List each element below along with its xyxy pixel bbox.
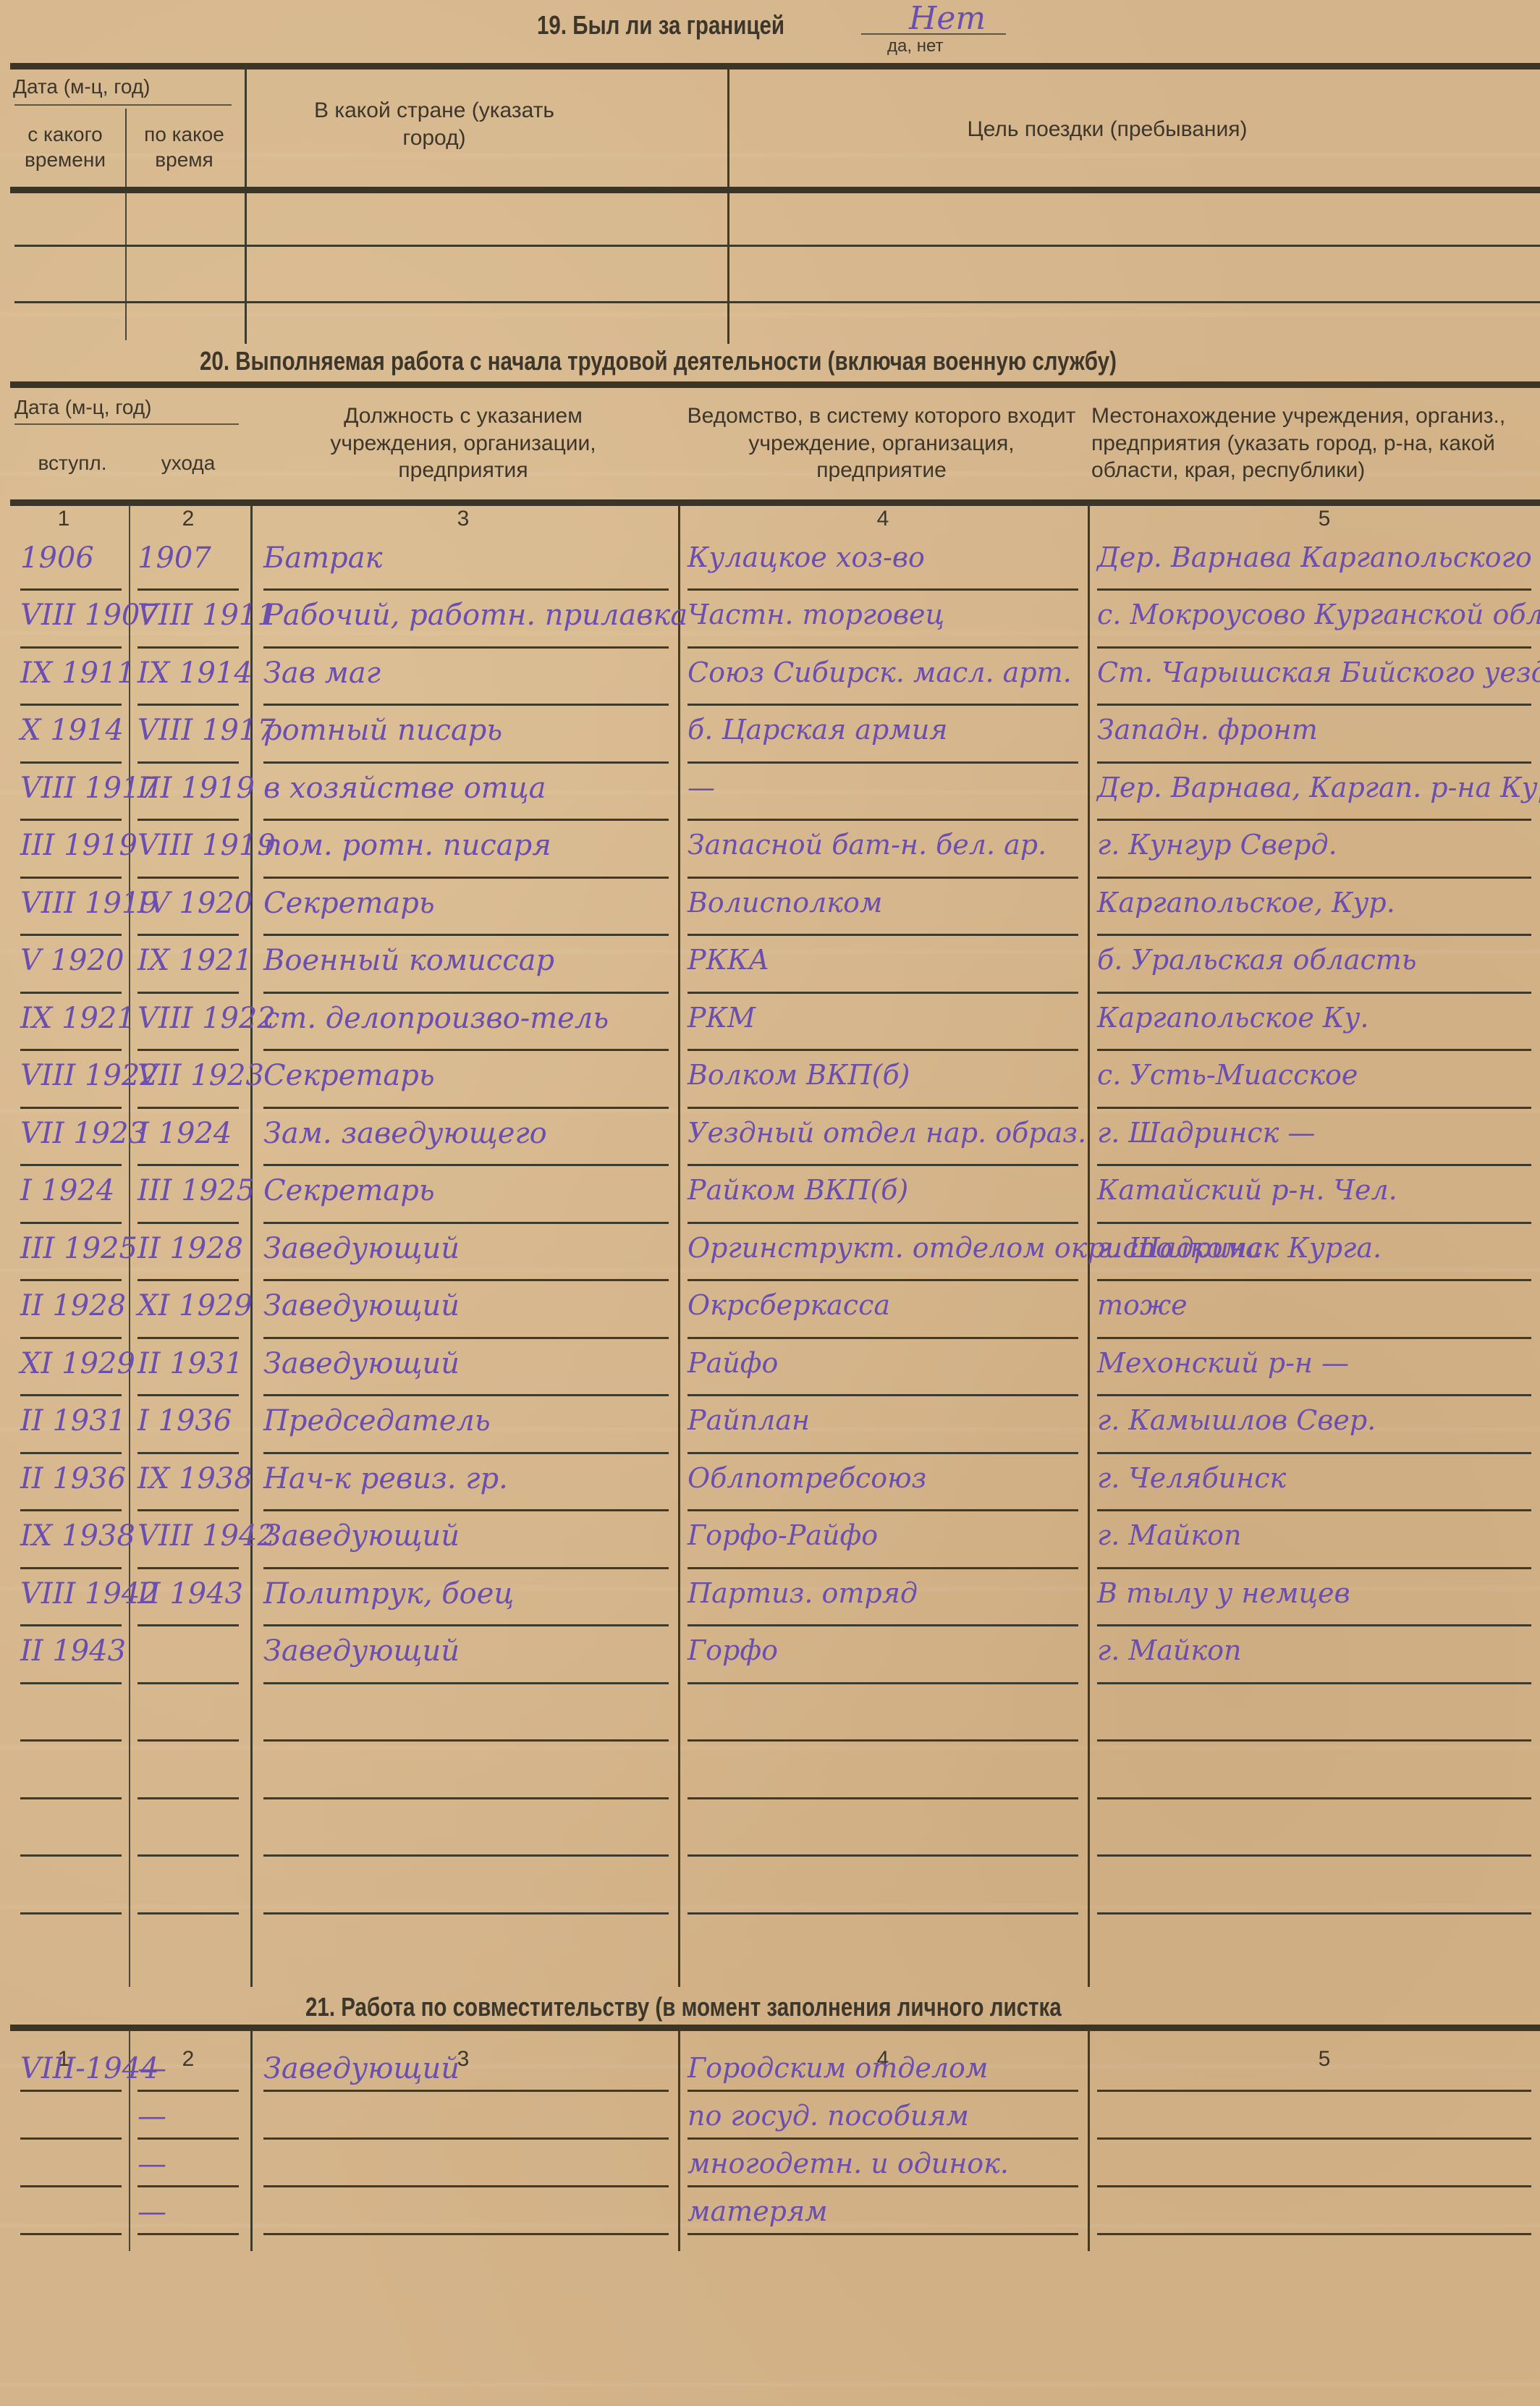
s20-cell-start[interactable]: I 1924 xyxy=(20,1174,114,1207)
s20-cell-department[interactable]: Союз Сибирск. масл. арт. xyxy=(687,657,1072,688)
s20-row-line xyxy=(20,1567,122,1569)
s21-row-line xyxy=(20,2090,122,2092)
s20-cell-end[interactable]: VIII 1942 xyxy=(137,1519,276,1553)
s20-row-line xyxy=(137,646,239,649)
s20-cell-position[interactable]: пом. ротн. писаря xyxy=(263,829,551,862)
s20-cell-start[interactable]: X 1914 xyxy=(20,714,124,747)
s20-cell-department[interactable]: Райфо xyxy=(687,1347,778,1379)
s20-row-line xyxy=(20,1049,122,1051)
s20-cell-location[interactable]: В тылу у немцев xyxy=(1097,1577,1350,1609)
s20-cell-position[interactable]: Политрук, боец xyxy=(263,1577,514,1611)
s20-row-line xyxy=(1097,1797,1531,1799)
s20-cell-start[interactable]: V 1920 xyxy=(20,944,124,977)
s20-row-line xyxy=(687,819,1078,821)
s20-row-line xyxy=(1097,1854,1531,1857)
s20-cell-location[interactable]: г. Шадринск — xyxy=(1097,1117,1315,1149)
s21-cell-end[interactable]: — xyxy=(137,2195,166,2229)
s20-cell-end[interactable]: II 1928 xyxy=(137,1232,243,1265)
s20-row-line xyxy=(687,1049,1078,1051)
s20-cell-end[interactable]: I 1924 xyxy=(137,1117,232,1150)
s20-row-line xyxy=(1097,1049,1531,1051)
s20-cell-position[interactable]: Батрак xyxy=(263,541,383,575)
s21-row-line xyxy=(687,2090,1078,2092)
s21-row-line xyxy=(137,2090,239,2092)
s20-row-line xyxy=(687,1107,1078,1109)
s19-purpose-header: Цель поездки (пребывания) xyxy=(926,116,1288,143)
s20-row-line xyxy=(1097,1739,1531,1742)
s20-row-line xyxy=(20,1682,122,1684)
s20-row-line xyxy=(263,1222,669,1224)
s20-cell-department[interactable]: Райплан xyxy=(687,1404,810,1436)
s20-cell-end[interactable]: IV 1920 xyxy=(137,887,253,920)
s20-cell-location[interactable]: г. Челябинск xyxy=(1097,1462,1286,1494)
s20-row-line xyxy=(687,1509,1078,1511)
s20-row-line xyxy=(137,1509,239,1511)
s21-cell-end[interactable]: — xyxy=(137,2052,166,2085)
s20-row-line xyxy=(687,1222,1078,1224)
s20-row-line xyxy=(1097,1452,1531,1454)
s19-date-group-header: Дата (м-ц, год) xyxy=(13,74,230,99)
s20-row-line xyxy=(20,1279,122,1281)
s20-cell-start[interactable]: VII 1923 xyxy=(20,1117,147,1150)
s20-row-line xyxy=(20,819,122,821)
s20-cell-department[interactable]: РККА xyxy=(687,944,769,976)
s20-cell-location[interactable]: б. Уральская область xyxy=(1097,944,1416,976)
s20-cell-location[interactable]: г. Майкоп xyxy=(1097,1634,1241,1666)
s20-row-line xyxy=(137,992,239,994)
s21-row-line xyxy=(20,2233,122,2235)
s20-date-group-header: Дата (м-ц, год) xyxy=(14,394,232,420)
s21-cell-end[interactable]: — xyxy=(137,2100,166,2133)
s20-row-line xyxy=(137,1279,239,1281)
s20-row-line xyxy=(20,1394,122,1396)
s20-cell-position[interactable]: Нач-к ревиз. гр. xyxy=(263,1462,508,1495)
s20-row-line xyxy=(1097,1337,1531,1339)
s21-row-line xyxy=(687,2185,1078,2187)
s20-cell-start[interactable]: III 1919 xyxy=(20,829,137,862)
s20-row-line xyxy=(263,877,669,879)
s20-row-line xyxy=(20,877,122,879)
s20-cell-position[interactable]: Секретарь xyxy=(263,887,435,920)
s20-header-bottom xyxy=(10,499,1540,506)
s20-row-line xyxy=(687,1279,1078,1281)
s20-cell-start[interactable]: 1906 xyxy=(20,541,94,575)
s20-row-line xyxy=(20,1164,122,1166)
s20-row-line xyxy=(1097,761,1531,764)
s19-date-divider xyxy=(14,104,232,106)
s20-row-line xyxy=(1097,1509,1531,1511)
s20-cell-position[interactable]: ст. делопроизво-тель xyxy=(263,1002,609,1035)
s20-row-line xyxy=(687,1164,1078,1166)
s20-row-line xyxy=(263,1854,669,1857)
s20-row-line xyxy=(263,1682,669,1684)
s21-row-line xyxy=(263,2185,669,2187)
s20-cell-start[interactable]: II 1931 xyxy=(20,1404,126,1438)
s20-cell-location[interactable]: г. Кунгур Сверд. xyxy=(1097,829,1337,861)
s20-row-line xyxy=(263,1509,669,1511)
s20-date-divider xyxy=(14,423,239,425)
s21-col-divider-2 xyxy=(250,2030,253,2251)
s20-cell-department[interactable]: РКМ xyxy=(687,1002,756,1034)
s21-row-line xyxy=(1097,2137,1531,2140)
s20-row-line xyxy=(1097,646,1531,649)
s20-row-line xyxy=(687,646,1078,649)
s20-row-line xyxy=(687,1394,1078,1396)
s20-cell-start[interactable]: II 1928 xyxy=(20,1289,126,1322)
s20-cell-end[interactable]: III 1919 xyxy=(137,772,255,805)
s21-cell-department[interactable]: многодетн. и одинок. xyxy=(687,2148,1009,2179)
s20-cell-department[interactable]: Оргинструкт. отделом окрисполкома xyxy=(687,1232,1122,1264)
s20-row-line xyxy=(263,1797,669,1799)
s21-row-line xyxy=(1097,2090,1531,2092)
s20-cell-position[interactable]: Зам. заведующего xyxy=(263,1117,547,1150)
s20-row-line xyxy=(20,704,122,706)
abroad-answer[interactable]: Нет xyxy=(909,0,986,37)
s19-col-divider-1 xyxy=(125,109,127,340)
s20-row-line xyxy=(263,1739,669,1742)
s20-row-line xyxy=(263,992,669,994)
s20-row-line xyxy=(137,588,239,591)
s20-row-line xyxy=(1097,1279,1531,1281)
s21-row-line xyxy=(687,2137,1078,2140)
s21-cell-department[interactable]: матерям xyxy=(687,2195,828,2227)
s20-cell-location[interactable]: Мехонский р-н — xyxy=(1097,1347,1349,1379)
s20-cell-department[interactable]: Облпотребсоюз xyxy=(687,1462,926,1494)
s20-row-line xyxy=(263,646,669,649)
s20-row-line xyxy=(687,704,1078,706)
s20-row-line xyxy=(20,1739,122,1742)
abroad-answer-hint: да, нет xyxy=(887,36,943,56)
s21-col-divider-4 xyxy=(1088,2030,1090,2251)
s19-row-line-1 xyxy=(14,245,1540,247)
s20-cell-end[interactable]: VIII 1922 xyxy=(137,1002,276,1035)
s20-row-line xyxy=(137,1107,239,1109)
s20-row-line xyxy=(20,1912,122,1915)
s20-row-line xyxy=(1097,1222,1531,1224)
s20-column-number-1: 1 xyxy=(49,507,78,531)
s20-cell-end[interactable]: VIII 1919 xyxy=(137,829,276,862)
s21-row-line xyxy=(263,2090,669,2092)
s20-cell-position[interactable]: Председатель xyxy=(263,1404,491,1438)
s20-row-line xyxy=(687,588,1078,591)
s20-row-line xyxy=(263,1337,669,1339)
s21-cell-department[interactable]: по госуд. пособиям xyxy=(687,2100,969,2132)
s20-department-header: Ведомство, в систему которого входит учр… xyxy=(686,402,1077,484)
s20-row-line xyxy=(20,1452,122,1454)
s20-row-line xyxy=(137,1854,239,1857)
s20-row-line xyxy=(263,704,669,706)
s20-row-line xyxy=(687,1337,1078,1339)
s20-cell-location[interactable]: с. Мокроусово Курганской обл. xyxy=(1097,599,1540,630)
s20-cell-end[interactable]: III 1925 xyxy=(137,1174,255,1207)
s19-header-bottom xyxy=(10,187,1540,193)
s20-cell-end[interactable]: IX 1914 xyxy=(137,657,253,690)
s20-row-line xyxy=(137,1739,239,1742)
s20-row-line xyxy=(1097,934,1531,936)
s20-row-line xyxy=(687,761,1078,764)
s20-row-line xyxy=(263,1567,669,1569)
section-20-table-top xyxy=(10,381,1540,388)
s20-row-line xyxy=(687,877,1078,879)
s20-row-line xyxy=(1097,819,1531,821)
s20-cell-department[interactable]: Кулацкое хоз-во xyxy=(687,541,925,573)
s21-row-line xyxy=(20,2185,122,2187)
s20-start-header: вступл. xyxy=(14,450,130,476)
s20-cell-position[interactable]: Заведующий xyxy=(263,1519,460,1553)
s19-row-line-2 xyxy=(14,301,1540,303)
s20-cell-end[interactable]: VIII 1917 xyxy=(137,714,276,747)
s19-country-header: В какой стране (указать город) xyxy=(289,97,579,151)
s20-row-line xyxy=(137,877,239,879)
s21-row-line xyxy=(137,2185,239,2187)
s20-row-line xyxy=(20,1107,122,1109)
s20-row-line xyxy=(263,761,669,764)
s20-cell-position[interactable]: Военный комиссар xyxy=(263,944,554,977)
s20-cell-department[interactable]: — xyxy=(687,772,715,803)
s20-cell-position[interactable]: Заведующий xyxy=(263,1289,460,1322)
s20-cell-position[interactable]: ротный писарь xyxy=(263,714,502,747)
s20-cell-start[interactable]: IX 1911 xyxy=(20,657,135,690)
s20-position-header: Должность с указанием учреждения, органи… xyxy=(289,402,637,484)
s20-cell-location[interactable]: Ст. Чарышская Бийского уезда xyxy=(1097,657,1540,688)
s20-cell-start[interactable]: II 1936 xyxy=(20,1462,126,1495)
s20-row-line xyxy=(20,1509,122,1511)
s19-to-header: по какое время xyxy=(124,122,244,172)
s20-column-number-5: 5 xyxy=(1310,507,1339,531)
s20-cell-department[interactable]: б. Царская армия xyxy=(687,714,947,746)
s21-row-line xyxy=(20,2137,122,2140)
s20-row-line xyxy=(137,704,239,706)
s20-row-line xyxy=(263,934,669,936)
s20-cell-start[interactable]: III 1925 xyxy=(20,1232,137,1265)
s20-cell-position[interactable]: Секретарь xyxy=(263,1059,435,1092)
s20-row-line xyxy=(137,1624,239,1626)
s20-row-line xyxy=(263,588,669,591)
s20-cell-end[interactable]: IX 1938 xyxy=(137,1462,253,1495)
s20-row-line xyxy=(263,1912,669,1915)
s20-row-line xyxy=(137,1682,239,1684)
s20-row-line xyxy=(263,1279,669,1281)
s21-row-line xyxy=(263,2233,669,2235)
s20-cell-location[interactable]: Дер. Варнава, Каргап. р-на Курганской об… xyxy=(1097,772,1540,803)
s20-cell-start[interactable]: XI 1929 xyxy=(20,1347,135,1380)
s20-row-line xyxy=(263,1452,669,1454)
s20-cell-department[interactable]: Частн. торговец xyxy=(687,599,944,630)
s19-from-header: с какого времени xyxy=(7,122,123,172)
s20-row-line xyxy=(687,1912,1078,1915)
s20-row-line xyxy=(20,1222,122,1224)
section-21-table-top xyxy=(10,2025,1540,2031)
s20-row-line xyxy=(20,1854,122,1857)
s20-cell-position[interactable]: Заведующий xyxy=(263,1347,460,1380)
s20-row-line xyxy=(687,1854,1078,1857)
s20-row-line xyxy=(687,1797,1078,1799)
s21-row-line xyxy=(1097,2233,1531,2235)
s20-cell-department[interactable]: Партиз. отряд xyxy=(687,1577,918,1609)
s20-row-line xyxy=(137,1337,239,1339)
s20-column-number-2: 2 xyxy=(174,507,203,531)
s20-row-line xyxy=(263,1624,669,1626)
s20-cell-position[interactable]: Заведующий xyxy=(263,1634,460,1668)
s20-cell-end[interactable]: 1907 xyxy=(137,541,211,575)
s20-row-line xyxy=(1097,1682,1531,1684)
s20-row-line xyxy=(20,1624,122,1626)
s20-cell-location[interactable]: г. Камышлов Свер. xyxy=(1097,1404,1376,1436)
s20-cell-department[interactable]: Волисполком xyxy=(687,887,882,919)
s20-row-line xyxy=(1097,704,1531,706)
s20-cell-location[interactable]: Западн. фронт xyxy=(1097,714,1318,746)
s20-row-line xyxy=(20,1337,122,1339)
s20-column-number-4: 4 xyxy=(868,507,897,531)
s20-row-line xyxy=(137,1164,239,1166)
s20-cell-department[interactable]: Райком ВКП(б) xyxy=(687,1174,908,1206)
s20-cell-location[interactable]: Каргапольское Ку. xyxy=(1097,1002,1368,1034)
s21-row-line xyxy=(137,2233,239,2235)
s20-row-line xyxy=(1097,1107,1531,1109)
s20-row-line xyxy=(20,761,122,764)
s20-cell-start[interactable]: II 1943 xyxy=(20,1634,126,1668)
s20-col-divider-3 xyxy=(678,505,680,1987)
s20-row-line xyxy=(1097,1912,1531,1915)
s20-cell-location[interactable]: г. Шадринск Курга. xyxy=(1097,1232,1382,1264)
s20-cell-location[interactable]: Катайский р-н. Чел. xyxy=(1097,1174,1397,1206)
s20-cell-location[interactable]: Каргапольское, Кур. xyxy=(1097,887,1395,919)
s20-row-line xyxy=(20,588,122,591)
s20-row-line xyxy=(20,646,122,649)
s20-cell-position[interactable]: Зав маг xyxy=(263,657,381,690)
s20-cell-end[interactable]: II 1943 xyxy=(137,1577,243,1611)
s20-row-line xyxy=(137,761,239,764)
s20-row-line xyxy=(687,1624,1078,1626)
s20-cell-department[interactable]: Уездный отдел нар. образ. xyxy=(687,1117,1086,1149)
s20-cell-end[interactable]: IX 1921 xyxy=(137,944,253,977)
s20-row-line xyxy=(137,1394,239,1396)
s20-cell-department[interactable]: Окрсберкасса xyxy=(687,1289,890,1321)
s21-column-number-2: 2 xyxy=(174,2047,203,2072)
s20-cell-end[interactable]: VII 1923 xyxy=(137,1059,264,1092)
s20-row-line xyxy=(137,1912,239,1915)
s20-location-header: Местонахождение учреждения, организ., пр… xyxy=(1091,402,1540,484)
s20-cell-start[interactable]: IX 1921 xyxy=(20,1002,135,1035)
s20-row-line xyxy=(263,1164,669,1166)
s20-row-line xyxy=(137,1452,239,1454)
s20-row-line xyxy=(137,1049,239,1051)
section-20-title: 20. Выполняемая работа с начала трудовой… xyxy=(200,346,1117,376)
s20-row-line xyxy=(263,1107,669,1109)
s20-row-line xyxy=(20,934,122,936)
s20-cell-end[interactable]: VIII 1911 xyxy=(137,599,276,632)
s20-row-line xyxy=(1097,588,1531,591)
s20-cell-start[interactable]: IX 1938 xyxy=(20,1519,135,1553)
s20-row-line xyxy=(1097,1164,1531,1166)
s21-row-line xyxy=(687,2233,1078,2235)
section-19-title: 19. Был ли за границей xyxy=(537,10,784,41)
s20-cell-department[interactable]: Запасной бат-н. бел. ар. xyxy=(687,829,1046,861)
s20-row-line xyxy=(687,1452,1078,1454)
s20-row-line xyxy=(687,1739,1078,1742)
s20-cell-department[interactable]: Горфо-Райфо xyxy=(687,1519,878,1551)
s20-cell-position[interactable]: Секретарь xyxy=(263,1174,435,1207)
s20-row-line xyxy=(687,1682,1078,1684)
s21-cell-end[interactable]: — xyxy=(137,2148,166,2181)
s20-row-line xyxy=(263,819,669,821)
s20-row-line xyxy=(137,934,239,936)
s20-row-line xyxy=(137,1222,239,1224)
s20-row-line xyxy=(137,819,239,821)
s20-row-line xyxy=(137,1797,239,1799)
s21-column-number-5: 5 xyxy=(1310,2047,1339,2072)
s20-cell-location[interactable]: тоже xyxy=(1097,1289,1188,1321)
s20-row-line xyxy=(263,1394,669,1396)
s20-cell-end[interactable]: II 1931 xyxy=(137,1347,243,1380)
s20-cell-department[interactable]: Горфо xyxy=(687,1634,778,1666)
s20-row-line xyxy=(1097,1394,1531,1396)
s20-cell-location[interactable]: г. Майкоп xyxy=(1097,1519,1241,1551)
s20-row-line xyxy=(1097,992,1531,994)
s20-row-line xyxy=(263,1049,669,1051)
s20-row-line xyxy=(687,934,1078,936)
s21-col-divider-3 xyxy=(678,2030,680,2251)
s20-row-line xyxy=(20,1797,122,1799)
s20-cell-location[interactable]: с. Усть-Миасское xyxy=(1097,1059,1358,1091)
s20-row-line xyxy=(687,1567,1078,1569)
section-19-table-top xyxy=(10,63,1540,69)
s20-row-line xyxy=(1097,1624,1531,1626)
s21-cell-department[interactable]: Городским отделом xyxy=(687,2052,988,2084)
s20-row-line xyxy=(20,992,122,994)
s21-row-line xyxy=(137,2137,239,2140)
s21-row-line xyxy=(1097,2185,1531,2187)
s21-cell-position[interactable]: Заведующий xyxy=(263,2052,460,2085)
s20-column-number-3: 3 xyxy=(449,507,478,531)
s20-cell-department[interactable]: Волком ВКП(б) xyxy=(687,1059,910,1091)
s20-row-line xyxy=(1097,1567,1531,1569)
s20-row-line xyxy=(137,1567,239,1569)
s20-row-line xyxy=(687,992,1078,994)
s20-cell-end[interactable]: I 1936 xyxy=(137,1404,232,1438)
s20-cell-position[interactable]: в хозяйстве отца xyxy=(263,772,546,805)
s21-row-line xyxy=(263,2137,669,2140)
s20-cell-position[interactable]: Заведующий xyxy=(263,1232,460,1265)
s20-end-header: ухода xyxy=(130,450,246,476)
s20-row-line xyxy=(1097,877,1531,879)
s20-cell-position[interactable]: Рабочий, работн. прилавка xyxy=(263,599,687,632)
s20-cell-location[interactable]: Дер. Варнава Каргапольского р-на, К xyxy=(1097,541,1540,573)
section-21-title: 21. Работа по совместительству (в момент… xyxy=(305,1992,1062,2022)
s20-cell-end[interactable]: XI 1929 xyxy=(137,1289,253,1322)
